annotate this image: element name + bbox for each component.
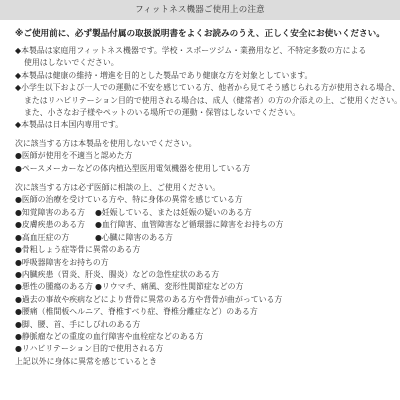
notice-text: 本製品は家庭用フィットネス機器です。学校・スポーツジム・業務用など、不特定多数の… [21,46,366,55]
item-text: 皮膚疾患のある方 [22,220,85,229]
consult-item: ●脚、腰、首、手にしびれのある方 [15,319,392,331]
notice-item: ◆本製品は健康の維持・増進を目的とした製品であり健康な方を対象としています。 [15,70,392,82]
prohibited-item: ●医師が使用を不適当と認めた方 [15,150,392,162]
circle-bullet-icon: ● [15,244,22,256]
general-notices: ◆本製品は家庭用フィットネス機器です。学校・スポーツジム・業務用など、不特定多数… [15,45,392,132]
item-text: 血行障害、血管障害など循環器に障害をお持ちの方 [102,220,284,229]
notice-text: また、小さなお子様やペットのいる場所での運動・保管はしないでください。 [15,107,392,119]
circle-bullet-icon: ● [95,282,102,291]
consult-item-pair: ●悪性の腫瘍のある方 ●リウマチ、痛風、変形性関節症などの方 [15,281,392,293]
circle-bullet-icon: ● [15,331,22,343]
item-text: ペースメーカーなどの体内植込型医用電気機器を使用している方 [22,164,250,173]
item-text: 高血圧症の方 [22,233,69,242]
consult-item: ●静脈瘤などの重度の血行障害や血栓症などのある方 [15,331,392,343]
consult-item: ●呼吸器障害をお持ちの方 [15,257,392,269]
consult-item: ●医師の治療を受けている方や、特に身体の異常を感じている方 [15,194,392,206]
notice-text: 本製品は日本国内専用です。 [21,120,123,129]
item-text: 心臓に障害のある方 [102,233,173,242]
lead-warning: ※ご使用前に、必ず製品付属の取扱説明書をよくお読みのうえ、正しく安全にお使いくだ… [0,28,400,40]
consult-title: 次に該当する方は必ず医師に相談の上、ご使用ください。 [15,182,392,194]
circle-bullet-icon: ● [95,220,102,229]
consult-list: ●医師の治療を受けている方や、特に身体の異常を感じている方 ●知覚障害のある方 … [15,194,392,368]
item-text: リウマチ、痛風、変形性関節症などの方 [102,282,243,291]
item-text: 医師が使用を不適当と認めた方 [22,151,132,160]
circle-bullet-icon: ● [95,208,102,217]
item-text: 呼吸器障害をお持ちの方 [22,257,109,269]
notice-item: ◆本製品は日本国内専用です。 [15,119,392,131]
prohibited-item: ●ペースメーカーなどの体内植込型医用電気機器を使用している方 [15,163,392,175]
notice-text: またはリハビリテーション目的で使用される場合は、成人（健常者）の方の介添えの上、… [15,95,392,107]
item-text: 腰痛（椎間板ヘルニア、脊椎すべり症、脊椎分離症など）のある方 [22,306,258,318]
notice-content: ◆本製品は家庭用フィットネス機器です。学校・スポーツジム・業務用など、不特定多数… [0,45,400,368]
prohibited-title: 次に該当する方は本製品を使用しないでください。 [15,138,392,150]
circle-bullet-icon: ● [15,151,22,160]
consult-item-pair: ●高血圧症の方 ●心臓に障害のある方 [15,232,392,244]
circle-bullet-icon: ● [15,233,22,242]
notice-text: 本製品は健康の維持・増進を目的とした製品であり健康な方を対象としています。 [21,71,312,80]
item-text: 悪性の腫瘍のある方 [22,282,93,291]
circle-bullet-icon: ● [15,220,22,229]
consult-item: ●リハビリテーション目的で使用される方 [15,343,392,355]
notice-text: 使用はしないでください。 [15,57,392,69]
item-text: 医師の治療を受けている方や、特に身体の異常を感じている方 [22,194,243,206]
item-text: 脚、腰、首、手にしびれのある方 [22,319,140,331]
circle-bullet-icon: ● [15,257,22,269]
circle-bullet-icon: ● [15,194,22,206]
item-text: 過去の事故や疾病などにより背骨に異常のある方や背骨が曲がっている方 [22,294,282,306]
circle-bullet-icon: ● [15,319,22,331]
circle-bullet-icon: ● [15,208,22,217]
page-header: フィットネス機器ご使用上の注意 [0,0,400,20]
circle-bullet-icon: ● [15,164,22,173]
item-text: 知覚障害のある方 [22,208,85,217]
consult-item: ●過去の事故や疾病などにより背骨に異常のある方や背骨が曲がっている方 [15,294,392,306]
header-title: フィットネス機器ご使用上の注意 [135,5,265,15]
item-text: 静脈瘤などの重度の血行障害や血栓症などのある方 [22,331,204,343]
consult-item: ●内臓疾患（胃炎、肝炎、腸炎）などの急性症状のある方 [15,269,392,281]
item-text: リハビリテーション目的で使用される方 [22,343,163,355]
circle-bullet-icon: ● [15,294,22,306]
item-text: 内臓疾患（胃炎、肝炎、腸炎）などの急性症状のある方 [22,269,219,281]
circle-bullet-icon: ● [15,282,22,291]
prohibited-list: ●医師が使用を不適当と認めた方 ●ペースメーカーなどの体内植込型医用電気機器を使… [15,150,392,175]
circle-bullet-icon: ● [95,233,102,242]
consult-item: ●腰痛（椎間板ヘルニア、脊椎すべり症、脊椎分離症など）のある方 [15,306,392,318]
circle-bullet-icon: ● [15,343,22,355]
notice-text: 小学生以下および一人での運動に不安を感じている方、他者から見てそう感じられる方が… [21,83,400,92]
notice-item: ◆本製品は家庭用フィットネス機器です。学校・スポーツジム・業務用など、不特定多数… [15,45,392,70]
item-text: 妊娠している、または妊娠の疑いのある方 [102,208,252,217]
consult-item: ●骨粗しょう症等骨に異常のある方 [15,244,392,256]
circle-bullet-icon: ● [15,269,22,281]
circle-bullet-icon: ● [15,306,22,318]
item-text: 骨粗しょう症等骨に異常のある方 [22,244,140,256]
consult-item-pair: ●皮膚疾患のある方 ●血行障害、血管障害など循環器に障害をお持ちの方 [15,219,392,231]
consult-item-pair: ●知覚障害のある方 ●妊娠している、または妊娠の疑いのある方 [15,207,392,219]
notice-item: ◆小学生以下および一人での運動に不安を感じている方、他者から見てそう感じられる方… [15,82,392,119]
consult-footer: 上記以外に身体に異常を感じているとき [15,356,392,368]
